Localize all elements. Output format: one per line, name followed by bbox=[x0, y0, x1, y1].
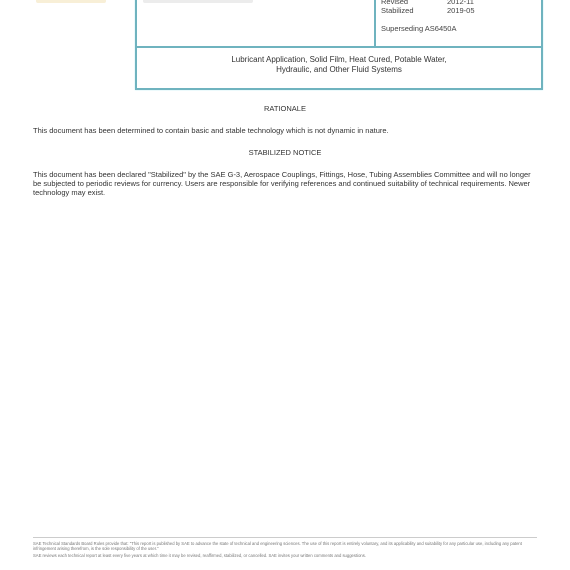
meta-stabilized: Stabilized 2019-05 bbox=[381, 6, 475, 15]
footer-divider bbox=[33, 537, 537, 538]
header-top-section: Revised 2012-11 Stabilized 2019-05 Super… bbox=[137, 0, 541, 48]
header-divider bbox=[374, 0, 376, 46]
stabilized-notice-text: This document has been declared "Stabili… bbox=[33, 170, 537, 197]
superseding-note: Superseding AS6450A bbox=[381, 24, 475, 33]
document-header-box: Revised 2012-11 Stabilized 2019-05 Super… bbox=[135, 0, 543, 90]
document-metadata: Revised 2012-11 Stabilized 2019-05 Super… bbox=[381, 0, 475, 33]
rationale-heading: RATIONALE bbox=[0, 104, 570, 113]
sae-logo-fragment bbox=[36, 0, 106, 3]
footer-notes: SAE Technical Standards Board Rules prov… bbox=[33, 541, 537, 560]
stabilized-notice-heading: STABILIZED NOTICE bbox=[0, 148, 570, 157]
rationale-text: This document has been determined to con… bbox=[33, 126, 537, 135]
document-title: Lubricant Application, Solid Film, Heat … bbox=[137, 55, 541, 75]
